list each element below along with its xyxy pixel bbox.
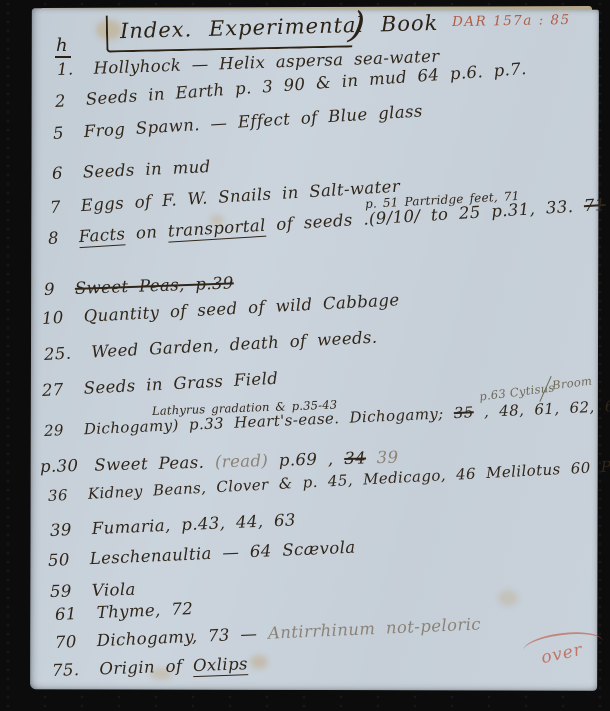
entry-number: 36 (48, 486, 69, 505)
entry-text-pencil: (read) (215, 451, 269, 471)
entry-text-pencil: 39 (376, 448, 398, 468)
entry-text: on (135, 222, 157, 242)
entry-number: p.30 (40, 456, 79, 476)
entry-number: 7 (49, 197, 61, 217)
entry-text-struck: 35 (453, 403, 474, 422)
entry-text-struck: 34 (344, 448, 366, 468)
entry-text-struck: 71 (583, 195, 606, 215)
entry-text-underlined: Facts (78, 224, 126, 248)
margin-mark: h (55, 35, 71, 58)
entry-number: 9 (44, 280, 56, 299)
entry-number: 59 (50, 581, 72, 601)
entry-number: 29 (44, 421, 65, 440)
entry-number: 39 (50, 520, 73, 540)
entry-number: 25. (44, 344, 72, 364)
entry-number: 2 (54, 91, 66, 111)
entry-text: Sweet Peas. (94, 453, 204, 475)
entry-number: 5 (52, 123, 64, 143)
entry-text-underlined: Oxlips (193, 654, 249, 677)
entry-59: 59Viola (50, 580, 136, 601)
entry-text: Origin of (99, 656, 183, 678)
entry-number: 8 (47, 228, 59, 248)
archive-reference: DAR 157a : 85 (452, 12, 571, 30)
entry-text: p.69 , (279, 449, 334, 469)
entry-number: 75. (52, 660, 80, 680)
manuscript-photo: Index. Experimental Book ) DAR 157a : 85… (0, 0, 610, 711)
entry-number: 1. (57, 59, 74, 79)
entry-text: Viola (92, 580, 136, 600)
entry-number: 61 (55, 604, 78, 624)
entry-number: 10 (42, 308, 65, 328)
entry-number: 6 (52, 164, 64, 183)
entry-number: 50 (48, 550, 71, 570)
entry-number: 27 (42, 380, 65, 400)
entry-number: 70 (55, 632, 78, 652)
